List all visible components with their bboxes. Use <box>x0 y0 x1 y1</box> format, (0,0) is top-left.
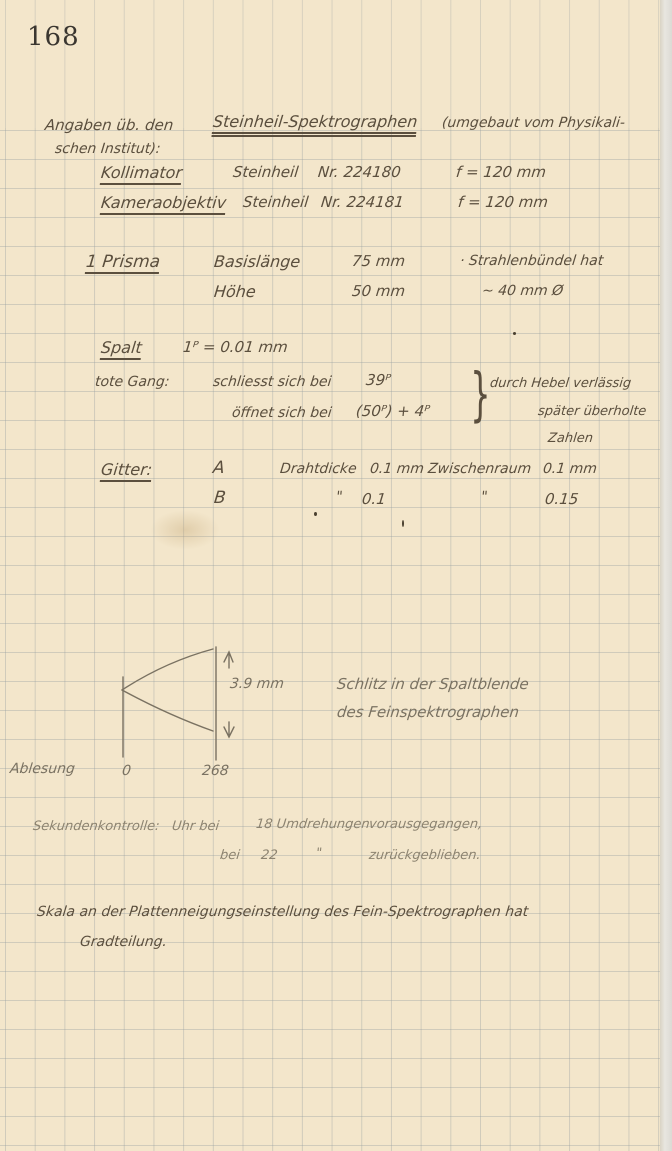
diagram-tick-left: 0 <box>121 764 131 778</box>
clock-control-label: Sekundenkontrolle: <box>32 820 160 833</box>
diagram-tick-right: 268 <box>201 764 229 778</box>
footer-note-line2: Gradteilung. <box>79 935 168 949</box>
clock-control-line2-result: zurückgeblieben. <box>368 849 481 862</box>
clock-control-text: Uhr bei <box>171 820 219 833</box>
clock-control-result: vorausgegangen, <box>368 818 483 831</box>
clock-control-line2-text: bei <box>219 849 240 862</box>
arrow-up-icon <box>224 652 233 668</box>
lower-ray <box>122 690 213 731</box>
upper-ray <box>122 649 213 690</box>
footer-note-line1: Skala an der Plattenneigungseinstellung … <box>36 905 529 919</box>
arrow-down-icon <box>224 722 234 737</box>
diagram-caption-line1: Schlitz in der Spaltblende <box>336 677 529 692</box>
diagram-caption-line2: des Feinspektrographen <box>336 705 520 720</box>
clock-control-value: 18 Umdrehungen <box>255 818 370 831</box>
clock-control-line2-value: 22 <box>260 849 278 862</box>
diagram-axis-label: Ablesung <box>9 762 75 776</box>
slit-diagram <box>0 0 672 1151</box>
diagram-dimension: 3.9 mm <box>229 677 284 691</box>
